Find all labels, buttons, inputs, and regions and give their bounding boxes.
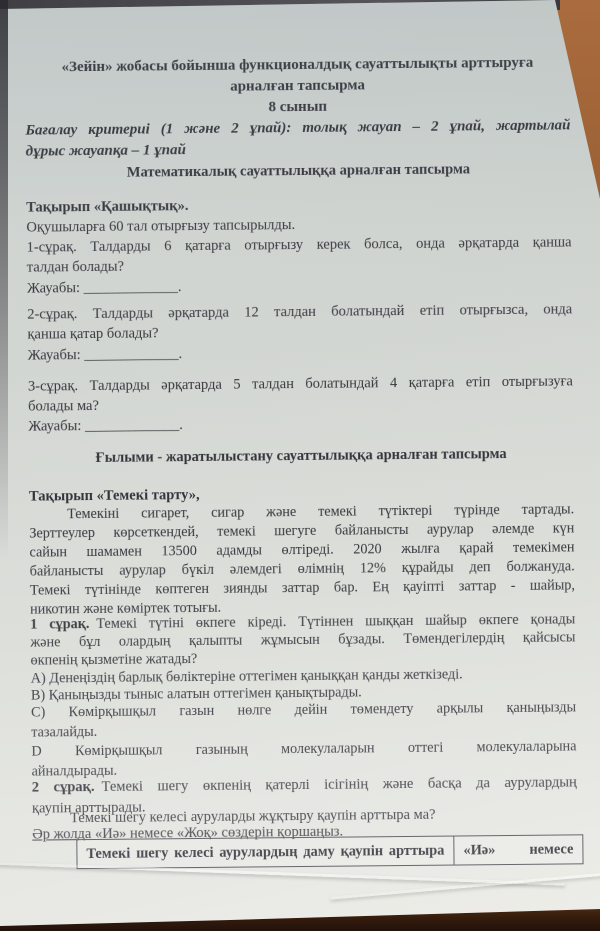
question-text: Темекі шегу өкпенің қатерлі ісігінің жән… (101, 774, 576, 795)
left-edge-shadow (0, 0, 8, 560)
answer-line: Жауабы: _____________. (28, 340, 573, 365)
math-question-3: 3-сұрақ. Талдарды әрқатарда 5 талдан бол… (28, 371, 573, 416)
table-cell-yes-no: «Иә» немесе (454, 835, 582, 864)
math-question-1: 1-сұрақ. Талдарды 6 қатарға отырғызу кер… (27, 232, 572, 277)
math-question-2: 2-сұрақ. Талдарды әрқатарда 12 талдан бо… (27, 299, 572, 344)
question-label: 2 сұрақ. (32, 779, 102, 796)
science-paragraph: Темекіні сигарет, сигар және темекі түті… (29, 500, 575, 619)
answer-line: Жауабы: _____________. (27, 273, 572, 298)
answer-table: Темекі шегу келесі аурулардың даму қаупі… (76, 834, 583, 869)
answer-blank-1: Жауабы: _____________. (27, 273, 572, 298)
worksheet-title: «Зейін» жобасы бойынша функционалдық сау… (25, 52, 570, 99)
answer-line: Жауабы: _____________. (28, 411, 573, 436)
answer-blank-3: Жауабы: _____________. (28, 411, 573, 436)
science-question-1: 1 сұрақ.Темекі түтіні өкпеге кіреді. Түт… (30, 610, 575, 669)
heading-text: Ғылыми - жаратылыстану сауаттылыққа арна… (29, 443, 574, 468)
worksheet-photo: «Зейін» жобасы бойынша функционалдық сау… (0, 0, 600, 931)
table-cell-disease-risk: Темекі шегу келесі аурулардың даму қаупі… (77, 837, 454, 869)
math-section-heading: Математикалық сауаттылыққа арналған тапс… (26, 158, 571, 183)
worksheet-content: «Зейін» жобасы бойынша функционалдық сау… (0, 0, 600, 931)
heading-text: Математикалық сауаттылыққа арналған тапс… (26, 158, 571, 183)
question-label: 1 сұрақ. (30, 616, 96, 633)
answer-blank-2: Жауабы: _____________. (28, 340, 573, 365)
science-section-heading: Ғылыми - жаратылыстану сауаттылыққа арна… (29, 443, 574, 468)
option-c: С) Көмірқышқыл газын нөлге дейін төменде… (31, 697, 576, 742)
assessment-criteria: Бағалау критериі (1 және 2 ұпай): толық … (25, 115, 570, 162)
worksheet-paper: «Зейін» жобасы бойынша функционалдық сау… (0, 0, 600, 931)
